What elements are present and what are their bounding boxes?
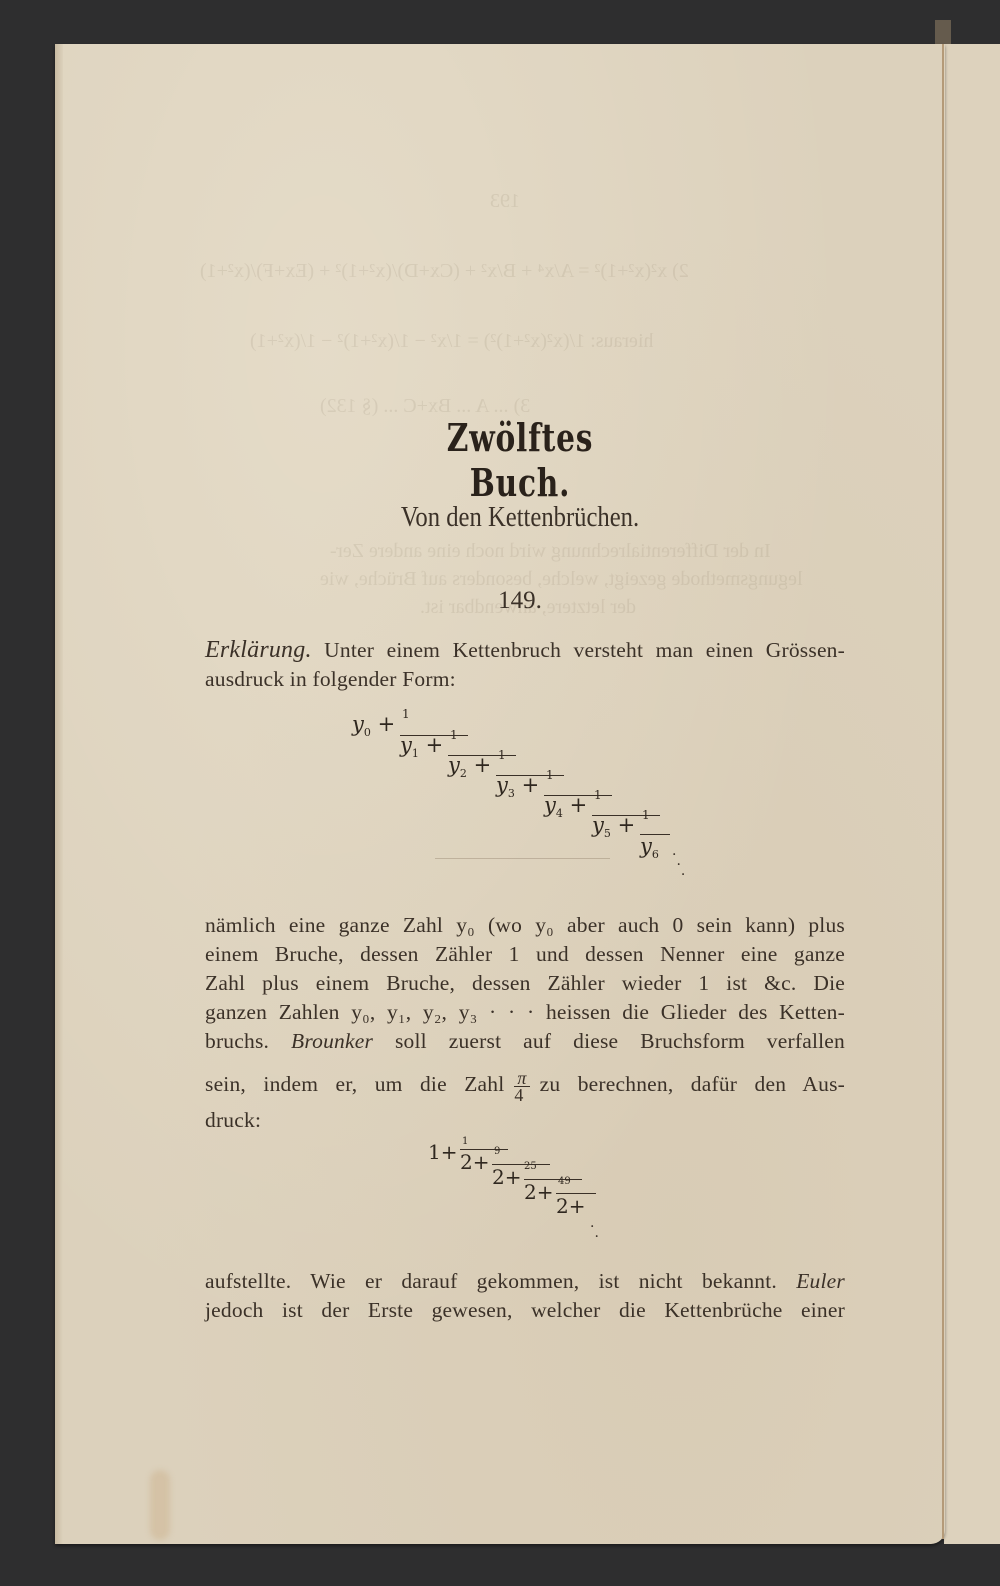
italic-name-euler: Euler: [796, 1269, 845, 1293]
text-line: Zahl plus einem Bruche, dessen Zähler wi…: [205, 969, 845, 998]
adjacent-page-edge: [944, 44, 1000, 1544]
binding-thread: [935, 20, 951, 44]
italic-name-brounker: Brounker: [291, 1029, 373, 1053]
text-span: Unter einem Kettenbruch versteht man ein…: [312, 638, 845, 662]
paper-stain: [150, 1470, 170, 1540]
text-line: bruchs. Brounker soll zuerst auf diese B…: [205, 1027, 845, 1056]
ghost-line: In der Differentialrechnung wird noch ei…: [330, 540, 771, 563]
text-line: aufstellte. Wie er darauf gekommen, ist …: [205, 1267, 845, 1296]
ghost-line: hieraus: 1/(x²(x²+1)²) = 1/x² − 1/(x²+1)…: [250, 330, 653, 353]
faint-rule: [435, 858, 610, 859]
ghost-line: 2) x²(x²+1)² = A/x⁴ + B/x² + (Cx+D)/(x²+…: [200, 260, 689, 283]
text-line: sein, indem er, um die Zahlπ4zu berechne…: [205, 1062, 845, 1106]
pi-over-4-fraction: π4: [514, 1070, 529, 1103]
text-line: Erklärung. Unter einem Kettenbruch verst…: [205, 636, 845, 665]
paragraph-definition: Erklärung. Unter einem Kettenbruch verst…: [205, 636, 845, 694]
text-line: einem Bruche, dessen Zähler 1 und dessen…: [205, 940, 845, 969]
italic-lead: Erklärung.: [205, 637, 312, 663]
gutter-fold: [942, 44, 944, 1539]
ghost-page-number: 193: [490, 190, 520, 213]
book-title: Zwölftes Buch.: [411, 415, 629, 505]
page-stack-edge: [55, 44, 63, 1544]
scanned-book-spread: 193 2) x²(x²+1)² = A/x⁴ + B/x² + (Cx+D)/…: [0, 0, 1000, 1586]
text-line: jedoch ist der Erste gewesen, welcher di…: [205, 1296, 845, 1325]
paragraph-history: aufstellte. Wie er darauf gekommen, ist …: [205, 1267, 845, 1325]
paragraph-explanation: nämlich eine ganze Zahl y₀ (wo y₀ aber a…: [205, 911, 845, 1135]
section-number: 149.: [420, 587, 620, 615]
text-line: ausdruck in folgender Form:: [205, 665, 845, 694]
text-line: nämlich eine ganze Zahl y₀ (wo y₀ aber a…: [205, 911, 845, 940]
text-line: druck:: [205, 1106, 845, 1135]
chapter-title: Von den Kettenbrüchen.: [326, 502, 713, 534]
text-line: ganzen Zahlen y₀, y₁, y₂, y₃ · · · heiss…: [205, 998, 845, 1027]
